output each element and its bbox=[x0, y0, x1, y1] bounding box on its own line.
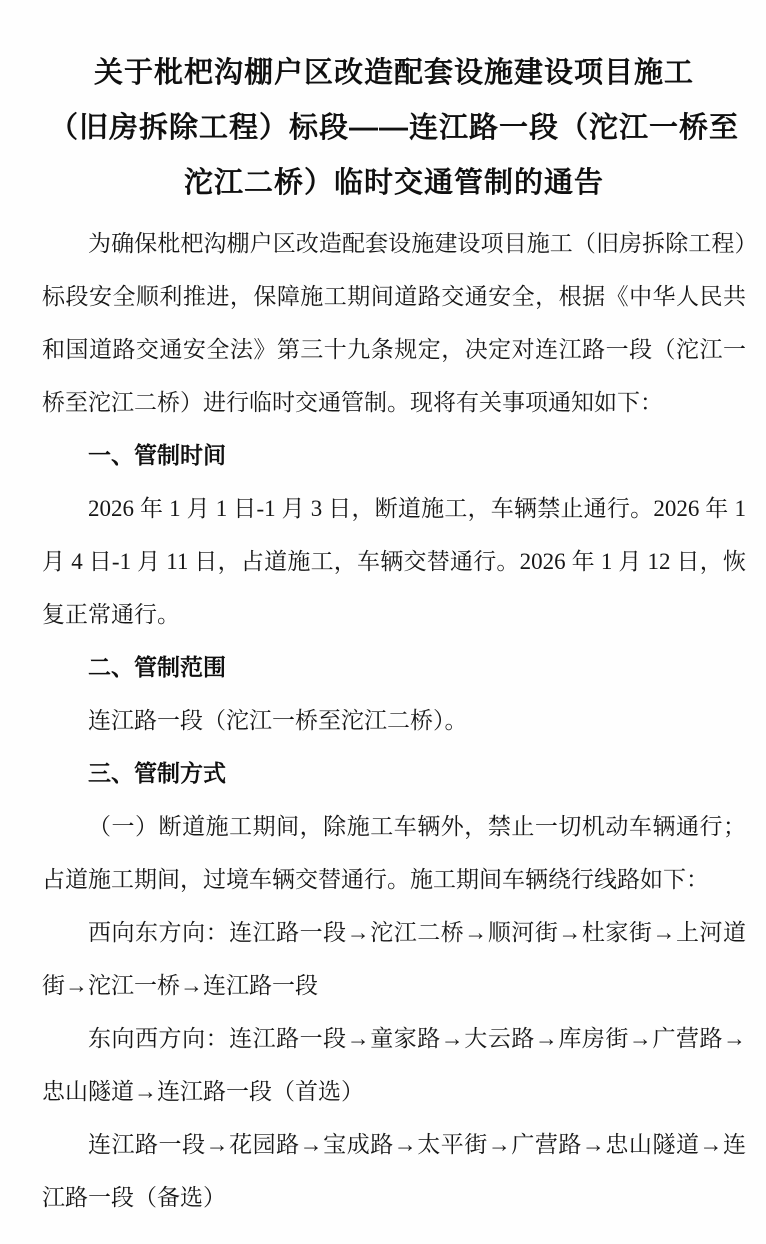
section-3-heading: 三、管制方式 bbox=[42, 747, 746, 800]
notice-title: 关于枇杷沟棚户区改造配套设施建设项目施工 （旧房拆除工程）标段——连江路一段（沱… bbox=[42, 46, 746, 211]
intro-paragraph: 为确保枇杷沟棚户区改造配套设施建设项目施工（旧房拆除工程）标段安全顺利推进，保障… bbox=[42, 217, 746, 429]
section-2-heading: 二、管制范围 bbox=[42, 641, 746, 694]
control-scope-paragraph: 连江路一段（沱江一桥至沱江二桥）。 bbox=[42, 694, 746, 747]
detour-route-alternate: 连江路一段→花园路→宝成路→太平街→广营路→忠山隧道→连江路一段（备选） bbox=[42, 1118, 746, 1224]
section-1-heading: 一、管制时间 bbox=[42, 429, 746, 482]
notice-title-line-3: 沱江二桥）临时交通管制的通告 bbox=[42, 156, 746, 211]
notice-title-line-2: （旧房拆除工程）标段——连江路一段（沱江一桥至 bbox=[42, 101, 746, 156]
detour-route-east-to-west: 东向西方向：连江路一段→童家路→大云路→库房街→广营路→忠山隧道→连江路一段（首… bbox=[42, 1012, 746, 1118]
notice-body: 为确保枇杷沟棚户区改造配套设施建设项目施工（旧房拆除工程）标段安全顺利推进，保障… bbox=[42, 217, 746, 1224]
detour-route-west-to-east: 西向东方向：连江路一段→沱江二桥→顺河街→杜家街→上河道街→沱江一桥→连江路一段 bbox=[42, 906, 746, 1012]
control-method-paragraph: （一）断道施工期间，除施工车辆外，禁止一切机动车辆通行；占道施工期间，过境车辆交… bbox=[42, 800, 746, 906]
document-page: 关于枇杷沟棚户区改造配套设施建设项目施工 （旧房拆除工程）标段——连江路一段（沱… bbox=[0, 0, 766, 1244]
control-time-paragraph: 2026 年 1 月 1 日-1 月 3 日，断道施工，车辆禁止通行。2026 … bbox=[42, 482, 746, 641]
notice-title-line-1: 关于枇杷沟棚户区改造配套设施建设项目施工 bbox=[42, 46, 746, 101]
